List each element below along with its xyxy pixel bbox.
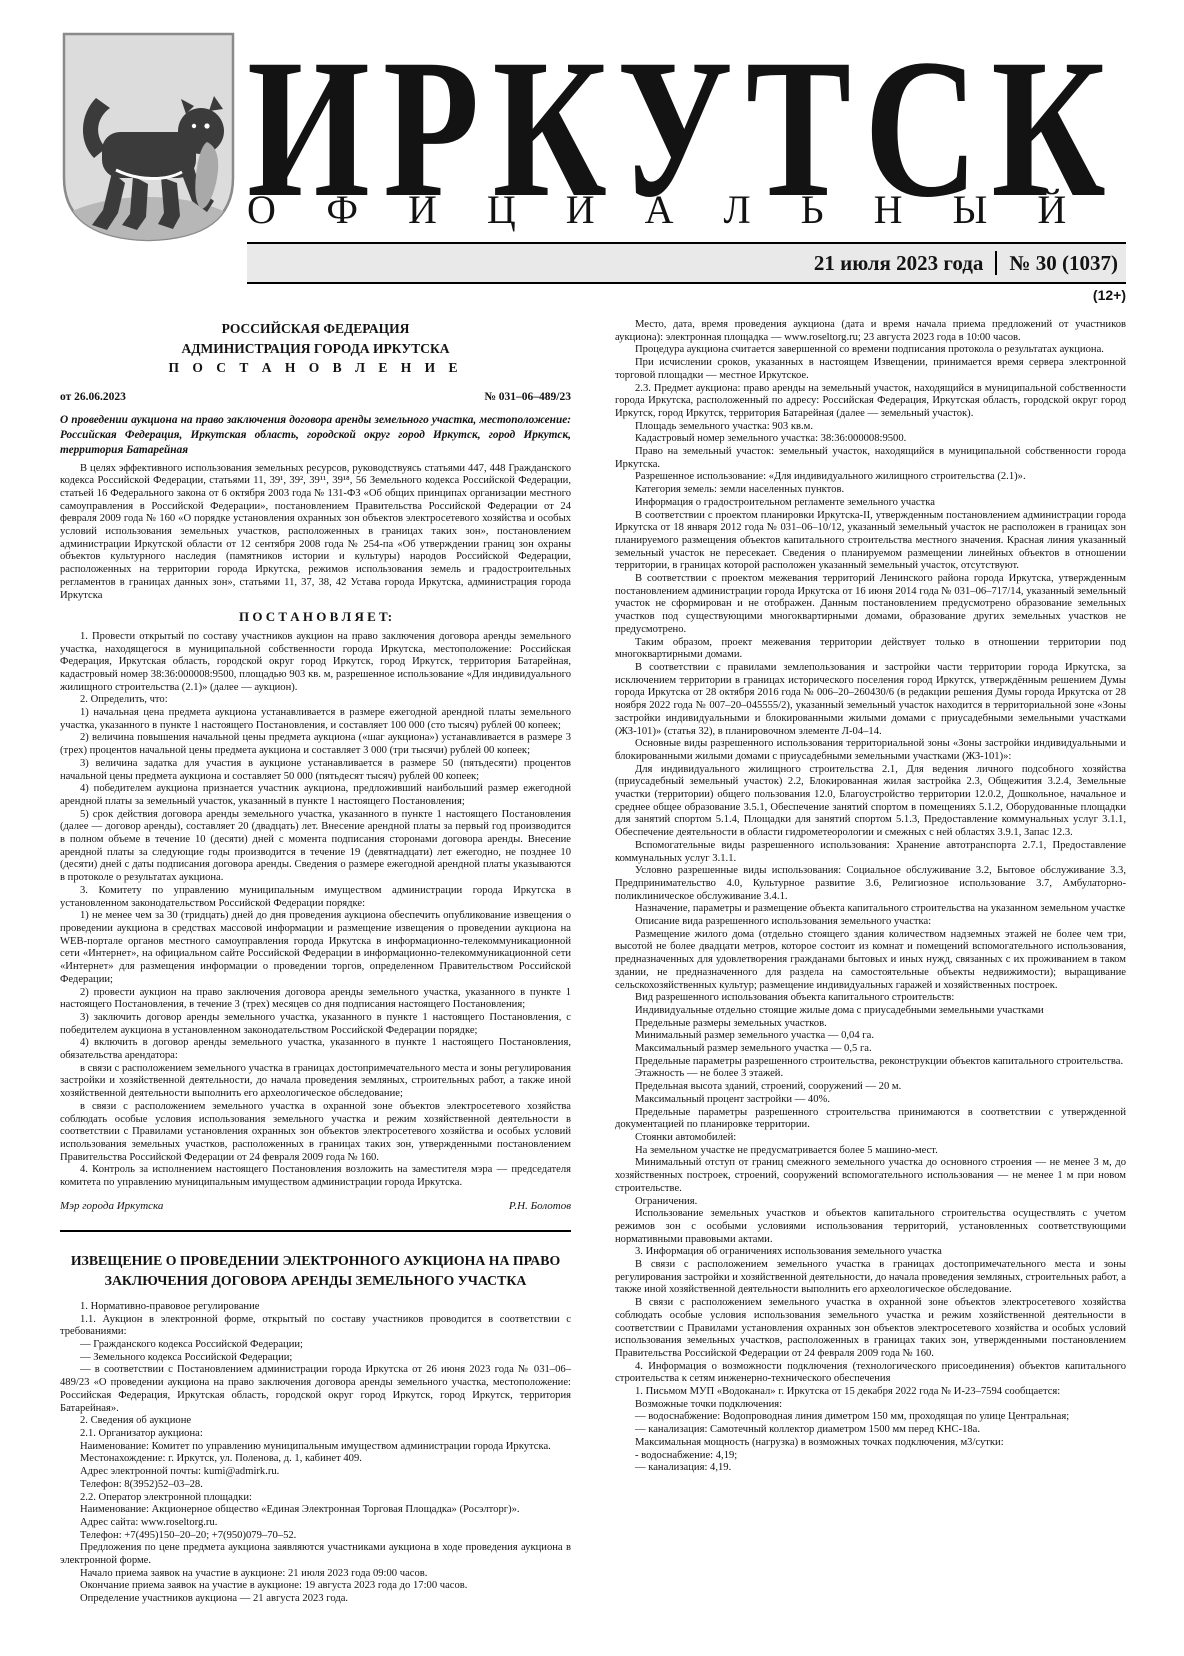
notice-paragraph: Категория земель: земли населенных пункт…	[615, 484, 1126, 497]
resolution-paragraphs: 1. Провести открытый по составу участник…	[60, 631, 571, 1190]
resolution-preamble: В целях эффективного использования земел…	[60, 463, 571, 603]
resolution-paragraph: в связи с расположением земельного участ…	[60, 1101, 571, 1165]
decree-heading: П О С Т А Н О В Л Я Е Т:	[60, 609, 571, 625]
notice-paragraph: 1.1. Аукцион в электронной форме, открыт…	[60, 1314, 571, 1339]
notice-paragraph: Наименование: Акционерное общество «Един…	[60, 1504, 571, 1517]
notice-paragraph: 2.3. Предмет аукциона: право аренды на з…	[615, 383, 1126, 421]
signature-position: Мэр города Иркутска	[60, 1200, 163, 1213]
issue-separator	[995, 251, 997, 275]
notice-paragraph: — в соответствии с Постановлением админи…	[60, 1364, 571, 1415]
age-rating-badge: (12+)	[247, 287, 1126, 303]
notice-paragraph: — канализация: Самотечный коллектор диам…	[615, 1424, 1126, 1437]
notice-paragraph: Предельные размеры земельных участков.	[615, 1018, 1126, 1031]
notice-paragraph: - водоснабжение: 4,19;	[615, 1450, 1126, 1463]
signature-name: Р.Н. Болотов	[509, 1200, 571, 1213]
notice-paragraph: В соответствии с проектом планировки Ирк…	[615, 510, 1126, 574]
coat-of-arms-babr-icon	[60, 30, 237, 244]
body-columns: РОССИЙСКАЯ ФЕДЕРАЦИЯ АДМИНИСТРАЦИЯ ГОРОД…	[60, 319, 1126, 1606]
resolution-heading-country: РОССИЙСКАЯ ФЕДЕРАЦИЯ	[60, 319, 571, 339]
notice-paragraph: Предложения по цене предмета аукциона за…	[60, 1542, 571, 1567]
resolution-paragraph: 1) не менее чем за 30 (тридцать) дней до…	[60, 910, 571, 986]
notice-paragraph: Разрешенное использование: «Для индивиду…	[615, 471, 1126, 484]
notice-paragraph: В связи с расположением земельного участ…	[615, 1297, 1126, 1361]
masthead: ИРКУТСК ОФИЦИАЛЬНЫЙ 21 июля 2023 года № …	[60, 30, 1126, 303]
notice-paragraph: Минимальный отступ от границ смежного зе…	[615, 1157, 1126, 1195]
resolution-paragraph: в связи с расположением земельного участ…	[60, 1063, 571, 1101]
notice-paragraph: Для индивидуального жилищного строительс…	[615, 764, 1126, 840]
notice-paragraph: Предельные параметры разрешенного строит…	[615, 1107, 1126, 1132]
notice-paragraph: Площадь земельного участка: 903 кв.м.	[615, 421, 1126, 434]
resolution-date-row: от 26.06.2023 № 031–06–489/23	[60, 391, 571, 405]
issue-number: № 30 (1037)	[1009, 251, 1118, 276]
notice-paragraph: В связи с расположением земельного участ…	[615, 1259, 1126, 1297]
notice-paragraph: Место, дата, время проведения аукциона (…	[615, 319, 1126, 344]
resolution-paragraph: 1) начальная цена предмета аукциона уста…	[60, 707, 571, 732]
resolution-paragraph: 4. Контроль за исполнением настоящего По…	[60, 1164, 571, 1189]
notice-paragraph: Назначение, параметры и размещение объек…	[615, 903, 1126, 916]
resolution-heading-type: П О С Т А Н О В Л Е Н И Е	[60, 358, 571, 378]
resolution-paragraph: 4) включить в договор аренды земельного …	[60, 1037, 571, 1062]
notice-paragraph: Кадастровый номер земельного участка: 38…	[615, 433, 1126, 446]
notice-paragraph: Телефон: +7(495)150–20–20; +7(950)079–70…	[60, 1530, 571, 1543]
notice-paragraph: Наименование: Комитет по управлению муни…	[60, 1441, 571, 1454]
notice-paragraph: Этажность — не более 3 этажей.	[615, 1068, 1126, 1081]
notice-paragraph: — водоснабжение: Водопроводная линия дим…	[615, 1411, 1126, 1424]
newspaper-page: ИРКУТСК ОФИЦИАЛЬНЫЙ 21 июля 2023 года № …	[0, 0, 1184, 1606]
masthead-title: ИРКУТСК	[247, 30, 1126, 222]
notice-paragraph: Основные виды разрешенного использования…	[615, 738, 1126, 763]
notice-paragraph: Условно разрешенные виды использования: …	[615, 865, 1126, 903]
notice-paragraph: 2.2. Оператор электронной площадки:	[60, 1492, 571, 1505]
notice-paragraph: Индивидуальные отдельно стоящие жилые до…	[615, 1005, 1126, 1018]
article-divider	[60, 1230, 571, 1232]
notice-left-paragraphs: 1. Нормативно-правовое регулирование1.1.…	[60, 1301, 571, 1606]
notice-paragraph: В соответствии с проектом межевания терр…	[615, 573, 1126, 637]
notice-paragraph: — Гражданского кодекса Российской Федера…	[60, 1339, 571, 1352]
notice-paragraph: Вид разрешенного использования объекта к…	[615, 992, 1126, 1005]
notice-paragraph: Окончание приема заявок на участие в аук…	[60, 1580, 571, 1593]
issue-date-bar: 21 июля 2023 года № 30 (1037)	[247, 242, 1126, 284]
notice-paragraph: В соответствии с правилами землепользова…	[615, 662, 1126, 738]
resolution-subject: О проведении аукциона на право заключени…	[60, 413, 571, 457]
notice-paragraph: Процедура аукциона считается завершенной…	[615, 344, 1126, 357]
signature-row: Мэр города Иркутска Р.Н. Болотов	[60, 1200, 571, 1213]
notice-paragraph: На земельном участке не предусматриваетс…	[615, 1145, 1126, 1158]
notice-paragraph: 4. Информация о возможности подключения …	[615, 1361, 1126, 1386]
notice-paragraph: Адрес электронной почты: kumi@admirk.ru.	[60, 1466, 571, 1479]
resolution-paragraph: 3) заключить договор аренды земельного у…	[60, 1012, 571, 1037]
notice-paragraph: — Земельного кодекса Российской Федераци…	[60, 1352, 571, 1365]
notice-paragraph: Таким образом, проект межевания территор…	[615, 637, 1126, 662]
resolution-paragraph: 3. Комитету по управлению муниципальным …	[60, 885, 571, 910]
notice-paragraph: Вспомогательные виды разрешенного исполь…	[615, 840, 1126, 865]
notice-paragraph: Телефон: 8(3952)52–03–28.	[60, 1479, 571, 1492]
left-column: РОССИЙСКАЯ ФЕДЕРАЦИЯ АДМИНИСТРАЦИЯ ГОРОД…	[60, 319, 571, 1606]
notice-paragraph: Предельная высота зданий, строений, соор…	[615, 1081, 1126, 1094]
resolution-paragraph: 2) величина повышения начальной цены пре…	[60, 732, 571, 757]
resolution-heading: РОССИЙСКАЯ ФЕДЕРАЦИЯ АДМИНИСТРАЦИЯ ГОРОД…	[60, 319, 571, 378]
notice-title: ИЗВЕЩЕНИЕ О ПРОВЕДЕНИИ ЭЛЕКТРОННОГО АУКЦ…	[66, 1251, 565, 1291]
notice-paragraph: Стоянки автомобилей:	[615, 1132, 1126, 1145]
resolution-paragraph: 5) срок действия договора аренды земельн…	[60, 809, 571, 885]
notice-paragraph: Определение участников аукциона — 21 авг…	[60, 1593, 571, 1606]
notice-paragraph: 2. Сведения об аукционе	[60, 1415, 571, 1428]
notice-paragraph: Адрес сайта: www.roseltorg.ru.	[60, 1517, 571, 1530]
notice-right-paragraphs: Место, дата, время проведения аукциона (…	[615, 319, 1126, 1475]
resolution-paragraph: 2. Определить, что:	[60, 694, 571, 707]
notice-paragraph: Использование земельных участков и объек…	[615, 1208, 1126, 1246]
issue-date: 21 июля 2023 года	[814, 251, 984, 276]
notice-paragraph: Размещение жилого дома (отдельно стоящег…	[615, 929, 1126, 993]
notice-paragraph: Минимальный размер земельного участка — …	[615, 1030, 1126, 1043]
notice-paragraph: Описание вида разрешенного использования…	[615, 916, 1126, 929]
notice-paragraph: Ограничения.	[615, 1196, 1126, 1209]
resolution-paragraph: 3) величина задатка для участия в аукцио…	[60, 758, 571, 783]
notice-paragraph: Максимальный размер земельного участка —…	[615, 1043, 1126, 1056]
notice-paragraph: 1. Нормативно-правовое регулирование	[60, 1301, 571, 1314]
notice-paragraph: Право на земельный участок: земельный уч…	[615, 446, 1126, 471]
notice-paragraph: Максимальная мощность (нагрузка) в возмо…	[615, 1437, 1126, 1450]
notice-paragraph: При исчислении сроков, указанных в насто…	[615, 357, 1126, 382]
notice-paragraph: 3. Информация об ограничениях использова…	[615, 1246, 1126, 1259]
notice-paragraph: Начало приема заявок на участие в аукцио…	[60, 1568, 571, 1581]
notice-paragraph: 2.1. Организатор аукциона:	[60, 1428, 571, 1441]
masthead-right: ИРКУТСК ОФИЦИАЛЬНЫЙ 21 июля 2023 года № …	[247, 30, 1126, 303]
notice-paragraph: 1. Письмом МУП «Водоканал» г. Иркутска о…	[615, 1386, 1126, 1399]
resolution-paragraph: 4) победителем аукциона признается участ…	[60, 783, 571, 808]
notice-paragraph: Информация о градостроительном регламент…	[615, 497, 1126, 510]
resolution-paragraph: 1. Провести открытый по составу участник…	[60, 631, 571, 695]
notice-paragraph: Возможные точки подключения:	[615, 1399, 1126, 1412]
notice-paragraph: Предельные параметры разрешенного строит…	[615, 1056, 1126, 1069]
right-column: Место, дата, время проведения аукциона (…	[615, 319, 1126, 1606]
resolution-date: от 26.06.2023	[60, 391, 126, 405]
notice-paragraph: — канализация: 4,19.	[615, 1462, 1126, 1475]
resolution-heading-administration: АДМИНИСТРАЦИЯ ГОРОДА ИРКУТСКА	[60, 339, 571, 359]
resolution-paragraph: 2) провести аукцион на право заключения …	[60, 987, 571, 1012]
notice-paragraph: Максимальный процент застройки — 40%.	[615, 1094, 1126, 1107]
resolution-number: № 031–06–489/23	[484, 391, 571, 405]
notice-paragraph: Местонахождение: г. Иркутск, ул. Поленов…	[60, 1453, 571, 1466]
